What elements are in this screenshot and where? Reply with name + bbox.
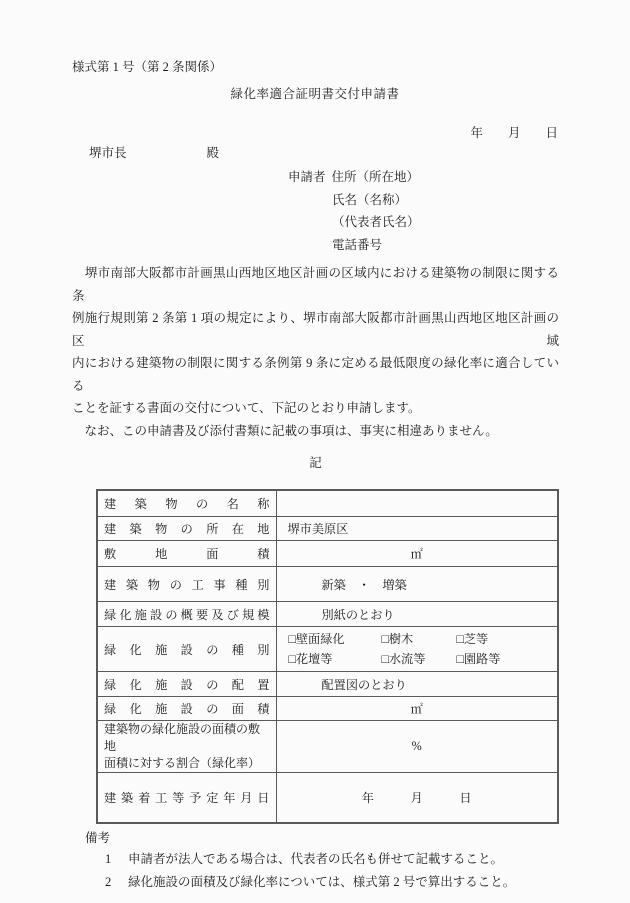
value-construction-start-date: 年 月 日 bbox=[276, 773, 558, 824]
checkbox-unchecked-icon: □ bbox=[382, 652, 389, 666]
value-greening-layout: 配置図のとおり bbox=[276, 672, 558, 697]
species-option-label: 壁面緑化 bbox=[296, 632, 345, 646]
checkbox-unchecked-icon: □ bbox=[289, 652, 296, 666]
statement-line: なお、この申請書及び添付書類に記載の事項は、事実に相違ありません。 bbox=[72, 420, 559, 443]
remark-item: 1申請者が法人である場合は、代表者の氏名も併せて記載すること。 bbox=[105, 848, 558, 871]
value-greening-area-unit: ㎡ bbox=[276, 697, 558, 721]
table-row: 緑化施設の概要及び規模 別紙のとおり bbox=[97, 602, 558, 627]
applicant-label: 申請者 bbox=[288, 170, 326, 184]
checkbox-unchecked-icon: □ bbox=[457, 632, 464, 646]
remarks-section: 備考 1申請者が法人である場合は、代表者の氏名も併せて記載すること。 2緑化施設… bbox=[85, 828, 558, 894]
table-row: 緑化施設の配置 配置図のとおり bbox=[97, 672, 558, 697]
application-statement: 堺市南部大阪都市計画黒山西地区地区計画の区域内における建築物の制限に関する条 例… bbox=[72, 262, 559, 442]
table-row: 建築物の工事種別 新築 ・ 増築 bbox=[97, 567, 558, 602]
species-option-label: 水流等 bbox=[389, 652, 426, 666]
checkbox-unchecked-icon: □ bbox=[382, 632, 389, 646]
table-row: 緑化施設の種別 □壁面緑化 □樹木 □芝等 □花壇等 □水流等 □園路等 bbox=[97, 627, 558, 672]
value-construction-type: 新築 ・ 増築 bbox=[276, 567, 558, 602]
remark-item: 2緑化施設の面積及び緑化率については、様式第 2 号で算出すること。 bbox=[105, 871, 558, 894]
addressee-honorific: 殿 bbox=[207, 146, 220, 160]
table-row: 建築物の緑化施設の面積の敷地 面積に対する割合（緑化率） % bbox=[97, 721, 558, 773]
species-option-label: 樹木 bbox=[389, 632, 413, 646]
label-greening-species: 緑化施設の種別 bbox=[97, 627, 276, 672]
table-row: 建築着工等予定年月日 年 月 日 bbox=[97, 773, 558, 824]
statement-line: 例施行規則第 2 条第 1 項の規定により、堺市南部大阪都市計画黒山西地区地区計… bbox=[72, 307, 559, 352]
value-greening-outline: 別紙のとおり bbox=[276, 602, 558, 627]
checkbox-unchecked-icon: □ bbox=[457, 652, 464, 666]
label-greening-ratio-line: 面積に対する割合（緑化率） bbox=[104, 755, 270, 772]
remarks-title: 備考 bbox=[85, 828, 558, 848]
table-row: 建築物の名称 bbox=[97, 490, 558, 517]
date-line: 年 月 日 bbox=[72, 124, 558, 142]
label-greening-area: 緑化施設の面積 bbox=[97, 697, 276, 721]
label-greening-ratio: 建築物の緑化施設の面積の敷地 面積に対する割合（緑化率） bbox=[97, 721, 276, 773]
value-building-location: 堺市美原区 bbox=[276, 517, 558, 541]
remark-number: 2 bbox=[105, 871, 128, 894]
statement-line: ことを証する書面の交付について、下記のとおり申請します。 bbox=[72, 397, 559, 420]
applicant-phone-field: 電話番号 bbox=[288, 234, 558, 257]
remark-number: 1 bbox=[105, 848, 128, 871]
statement-line: 内における建築物の制限に関する条例第 9 条に定める最低限度の緑化率に適合してい… bbox=[72, 352, 559, 397]
label-greening-layout: 緑化施設の配置 bbox=[97, 672, 276, 697]
record-mark: 記 bbox=[72, 454, 559, 472]
table-row: 緑化施設の面積 ㎡ bbox=[97, 697, 558, 721]
applicant-block: 申請者住所（所在地） 氏名（名称） （代表者氏名） 電話番号 bbox=[288, 166, 558, 256]
label-construction-start-date: 建築着工等予定年月日 bbox=[97, 773, 276, 824]
label-greening-outline: 緑化施設の概要及び規模 bbox=[97, 602, 276, 627]
label-construction-type: 建築物の工事種別 bbox=[97, 567, 276, 602]
checkbox-unchecked-icon: □ bbox=[289, 632, 296, 646]
application-table: 建築物の名称 建築物の所在地 堺市美原区 敷地面積 ㎡ 建築物の工事種別 新築 … bbox=[96, 489, 559, 824]
species-option-label: 園路等 bbox=[464, 652, 501, 666]
statement-line: 堺市南部大阪都市計画黒山西地区地区計画の区域内における建築物の制限に関する条 bbox=[72, 262, 559, 307]
label-building-name: 建築物の名称 bbox=[97, 490, 276, 517]
value-greening-ratio-unit: % bbox=[276, 721, 558, 773]
page-title: 緑化率適合証明書交付申請書 bbox=[72, 85, 558, 104]
application-form-page: 様式第 1 号（第 2 条関係） 緑化率適合証明書交付申請書 年 月 日 堺市長… bbox=[0, 0, 630, 903]
value-building-name bbox=[276, 490, 558, 517]
value-site-area-unit: ㎡ bbox=[276, 541, 558, 567]
species-option-label: 芝等 bbox=[464, 632, 488, 646]
table-row: 敷地面積 ㎡ bbox=[97, 541, 558, 567]
species-option-label: 花壇等 bbox=[296, 652, 333, 666]
applicant-representative-field: （代表者氏名） bbox=[288, 211, 558, 234]
form-number: 様式第 1 号（第 2 条関係） bbox=[72, 58, 558, 76]
table-row: 建築物の所在地 堺市美原区 bbox=[97, 517, 558, 541]
applicant-address-field: 住所（所在地） bbox=[332, 170, 420, 184]
remark-text: 緑化施設の面積及び緑化率については、様式第 2 号で算出すること。 bbox=[128, 875, 515, 889]
addressee-name: 堺市長 bbox=[89, 146, 127, 160]
label-site-area: 敷地面積 bbox=[97, 541, 276, 567]
label-greening-ratio-line: 建築物の緑化施設の面積の敷地 bbox=[104, 721, 270, 755]
value-greening-species: □壁面緑化 □樹木 □芝等 □花壇等 □水流等 □園路等 bbox=[276, 627, 558, 672]
addressee-line: 堺市長殿 bbox=[72, 144, 558, 162]
remark-text: 申請者が法人である場合は、代表者の氏名も併せて記載すること。 bbox=[128, 852, 503, 866]
label-building-location: 建築物の所在地 bbox=[97, 517, 276, 541]
applicant-name-field: 氏名（名称） bbox=[288, 189, 558, 212]
